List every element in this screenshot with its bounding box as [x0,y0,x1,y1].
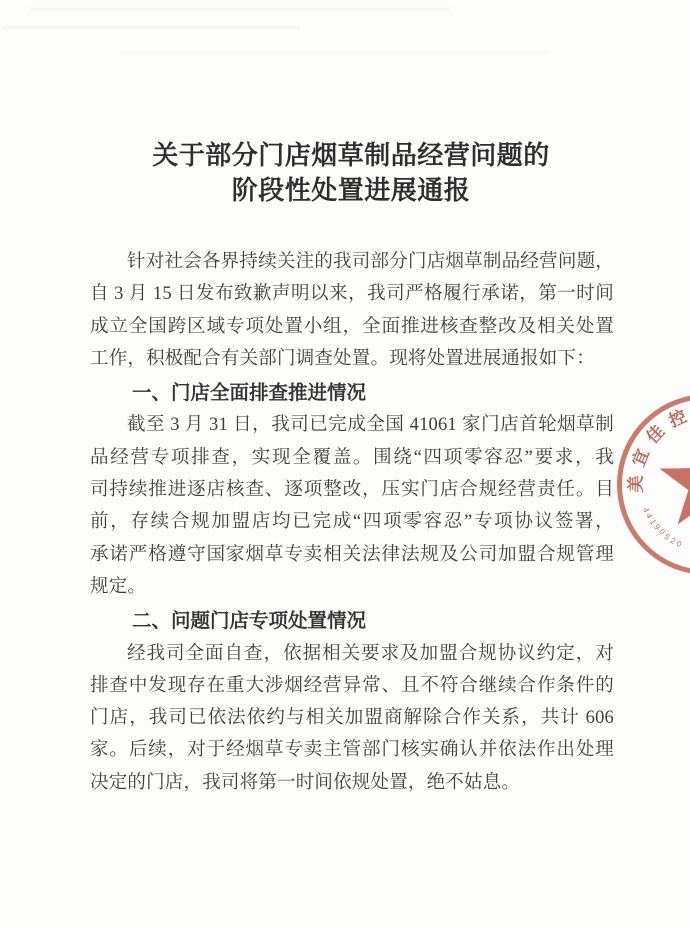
text-line: 司持续推进逐店核查、逐项整改，压实门店合规经营责任。目 [90,474,614,506]
text-line: 工作，积极配合有关部门调查处置。现将处置进展通报如下： [90,343,614,375]
text-line: 经我司全面自查，依据相关要求及加盟合规协议约定，对 [90,638,614,670]
seal-arc-char: 控 [664,402,690,432]
seal-serial-digit: 5 [663,532,672,542]
scan-artifact [0,26,300,29]
paragraph: 经我司全面自查，依据相关要求及加盟合规协议约定，对排查中发现存在重大涉烟经营异常… [90,638,614,799]
paragraph: 针对社会各界持续关注的我司部分门店烟草制品经营问题，自 3 月 15 日发布致歉… [90,246,614,375]
text-line: 自 3 月 15 日发布致歉声明以来，我司严格履行承诺，第一时间 [90,278,614,310]
text-line: 承诺严格遵守国家烟草专卖相关法律法规及公司加盟合规管理 [90,539,614,571]
paragraph: 截至 3 月 31 日，我司已完成全国 41061 家门店首轮烟草制品经营专项排… [90,409,614,603]
scanned-notice-page: 关于部分门店烟草制品经营问题的 阶段性处置进展通报 针对社会各界持续关注的我司部… [0,0,690,930]
text-line: 门店，我司已依法依约与相关加盟商解除合作关系，共计 606 [90,702,614,734]
seal-arc-char: 宜 [625,444,655,469]
document-title: 关于部分门店烟草制品经营问题的 阶段性处置进展通报 [90,138,612,208]
seal-arc-char: 美 [622,476,647,493]
text-line: 前，存续合规加盟店均已完成“四项零容忍”专项协议签署， [90,506,614,538]
seal-serial-digit: 9 [652,523,662,532]
section-heading: 二、问题门店专项处置情况 [90,605,614,637]
seal-arc-char: 佳 [640,418,670,448]
scan-artifact [120,52,550,54]
seal-serial-digit: 0 [657,527,666,537]
text-line: 决定的门店，我司将第一时间依规处置，绝不姑息。 [90,767,614,799]
seal-serial-digit: 4 [644,512,654,520]
scan-artifact [30,8,450,11]
seal-serial-digit: 0 [675,539,683,549]
seal-serial-digit: 2 [669,536,677,546]
document-body: 针对社会各界持续关注的我司部分门店烟草制品经营问题，自 3 月 15 日发布致歉… [90,246,614,799]
text-line: 家。后续，对于经烟草专卖主管部门核实确认并依法作出处理 [90,734,614,766]
seal-serial-digit: 1 [648,517,658,526]
text-line: 截至 3 月 31 日，我司已完成全国 41061 家门店首轮烟草制 [90,409,614,441]
seal-serial-digit: 4 [641,506,651,514]
text-line: 排查中发现存在重大涉烟经营异常、且不符合继续合作条件的 [90,670,614,702]
document-title-line-2: 阶段性处置进展通报 [90,173,612,208]
seal-ring [617,394,690,575]
text-line: 针对社会各界持续关注的我司部分门店烟草制品经营问题， [90,246,614,278]
text-line: 品经营专项排查，实现全覆盖。围绕“四项零容忍”要求，我 [90,442,614,474]
text-line: 规定。 [90,571,614,603]
section-heading: 一、门店全面排查推进情况 [90,377,614,409]
text-line: 成立全国跨区域专项处置小组，全面推进核查整改及相关处置 [90,311,614,343]
document-title-line-1: 关于部分门店烟草制品经营问题的 [90,138,612,173]
